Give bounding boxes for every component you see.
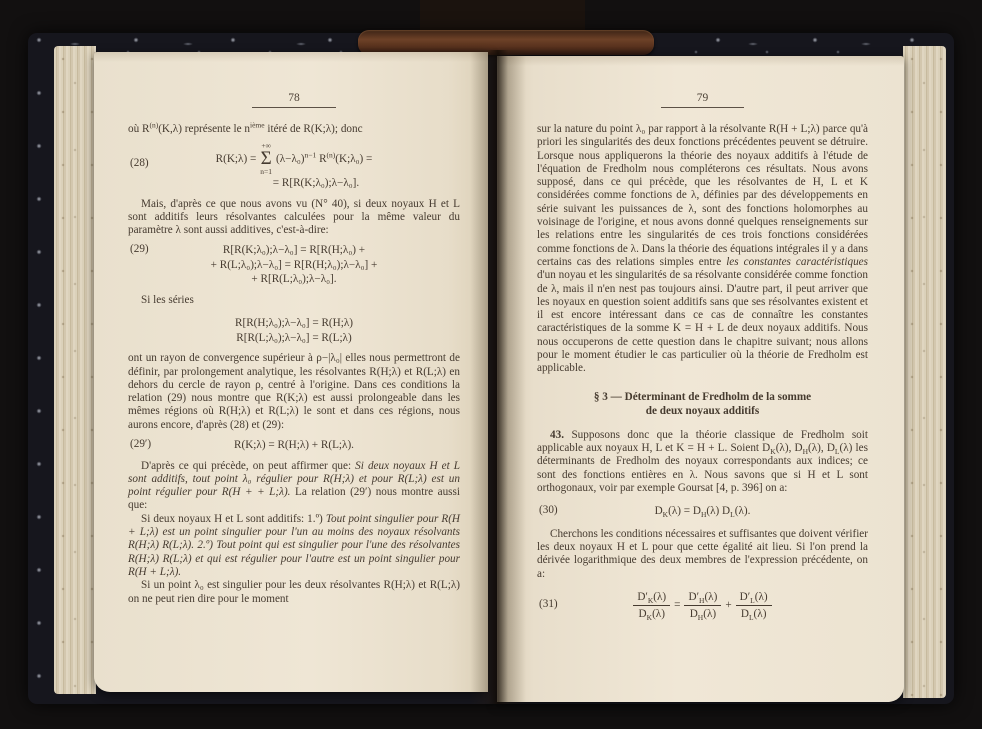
- paragraph: Mais, d'après ce que nous avons vu (N° 4…: [128, 198, 460, 238]
- fraction: D′L(λ) DL(λ): [736, 591, 772, 620]
- equation-30: (30) DK(λ) = DH(λ) DL(λ).: [537, 504, 868, 519]
- section-item-number: 43.: [550, 429, 564, 441]
- equation-29-prime: (29′) R(K;λ) = R(H;λ) + R(L;λ).: [128, 438, 460, 453]
- equation-28: (28) R(K;λ) = +∞ Σ n=1 (λ−λ₀)n−1 R(n)(K;…: [128, 142, 460, 190]
- paragraph: ont un rayon de convergence supérieur à …: [128, 352, 460, 432]
- fraction: D′K(λ) DK(λ): [633, 591, 670, 620]
- paragraph: Si les séries: [128, 294, 460, 307]
- paragraph: où R(n)(K,λ) représente le nième itéré d…: [128, 123, 460, 136]
- equation-29: (29) R[R(K;λ₀);λ−λ₀] = R[R(H;λ₀) + + R(L…: [128, 243, 460, 287]
- equation-number: (31): [539, 598, 558, 611]
- paragraph: sur la nature du point λ₀ par rapport à …: [537, 123, 868, 376]
- equation-31: (31) D′K(λ) DK(λ) = D′H(λ) DH(λ) + D′L(λ…: [537, 591, 868, 620]
- equation-number: (29): [130, 243, 149, 256]
- book-photo: 78 où R(n)(K,λ) représente le nième itér…: [0, 0, 982, 729]
- equation-series: R[R(H;λ₀);λ−λ₀] = R(H;λ) R[R(L;λ₀);λ−λ₀]…: [128, 316, 460, 345]
- paragraph: Cherchons les conditions nécessaires et …: [537, 528, 868, 581]
- page-edges-right: [903, 46, 946, 698]
- section-heading: § 3 — Déterminant de Fredholm de la somm…: [543, 390, 862, 418]
- paragraph: Si deux noyaux H et L sont additifs: 1.º…: [128, 513, 460, 579]
- right-page-text-column: 79 sur la nature du point λ₀ par rapport…: [537, 92, 868, 627]
- equation-number: (28): [130, 157, 149, 170]
- page-number-79: 79: [537, 92, 868, 108]
- paragraph: Si un point λ₀ est singulier pour les de…: [128, 579, 460, 606]
- page-edges-left: [54, 46, 96, 694]
- equation-number: (29′): [130, 438, 151, 451]
- page-number-78: 78: [128, 92, 460, 108]
- fraction: D′H(λ) DH(λ): [684, 591, 721, 620]
- equation-number: (30): [539, 504, 558, 517]
- left-page-text-column: 78 où R(n)(K,λ) représente le nième itér…: [128, 92, 460, 606]
- paragraph: 43. Supposons donc que la théorie classi…: [537, 429, 868, 495]
- paragraph: D'après ce qui précède, on peut affirmer…: [128, 460, 460, 513]
- summation-symbol: +∞ Σ n=1: [260, 142, 272, 176]
